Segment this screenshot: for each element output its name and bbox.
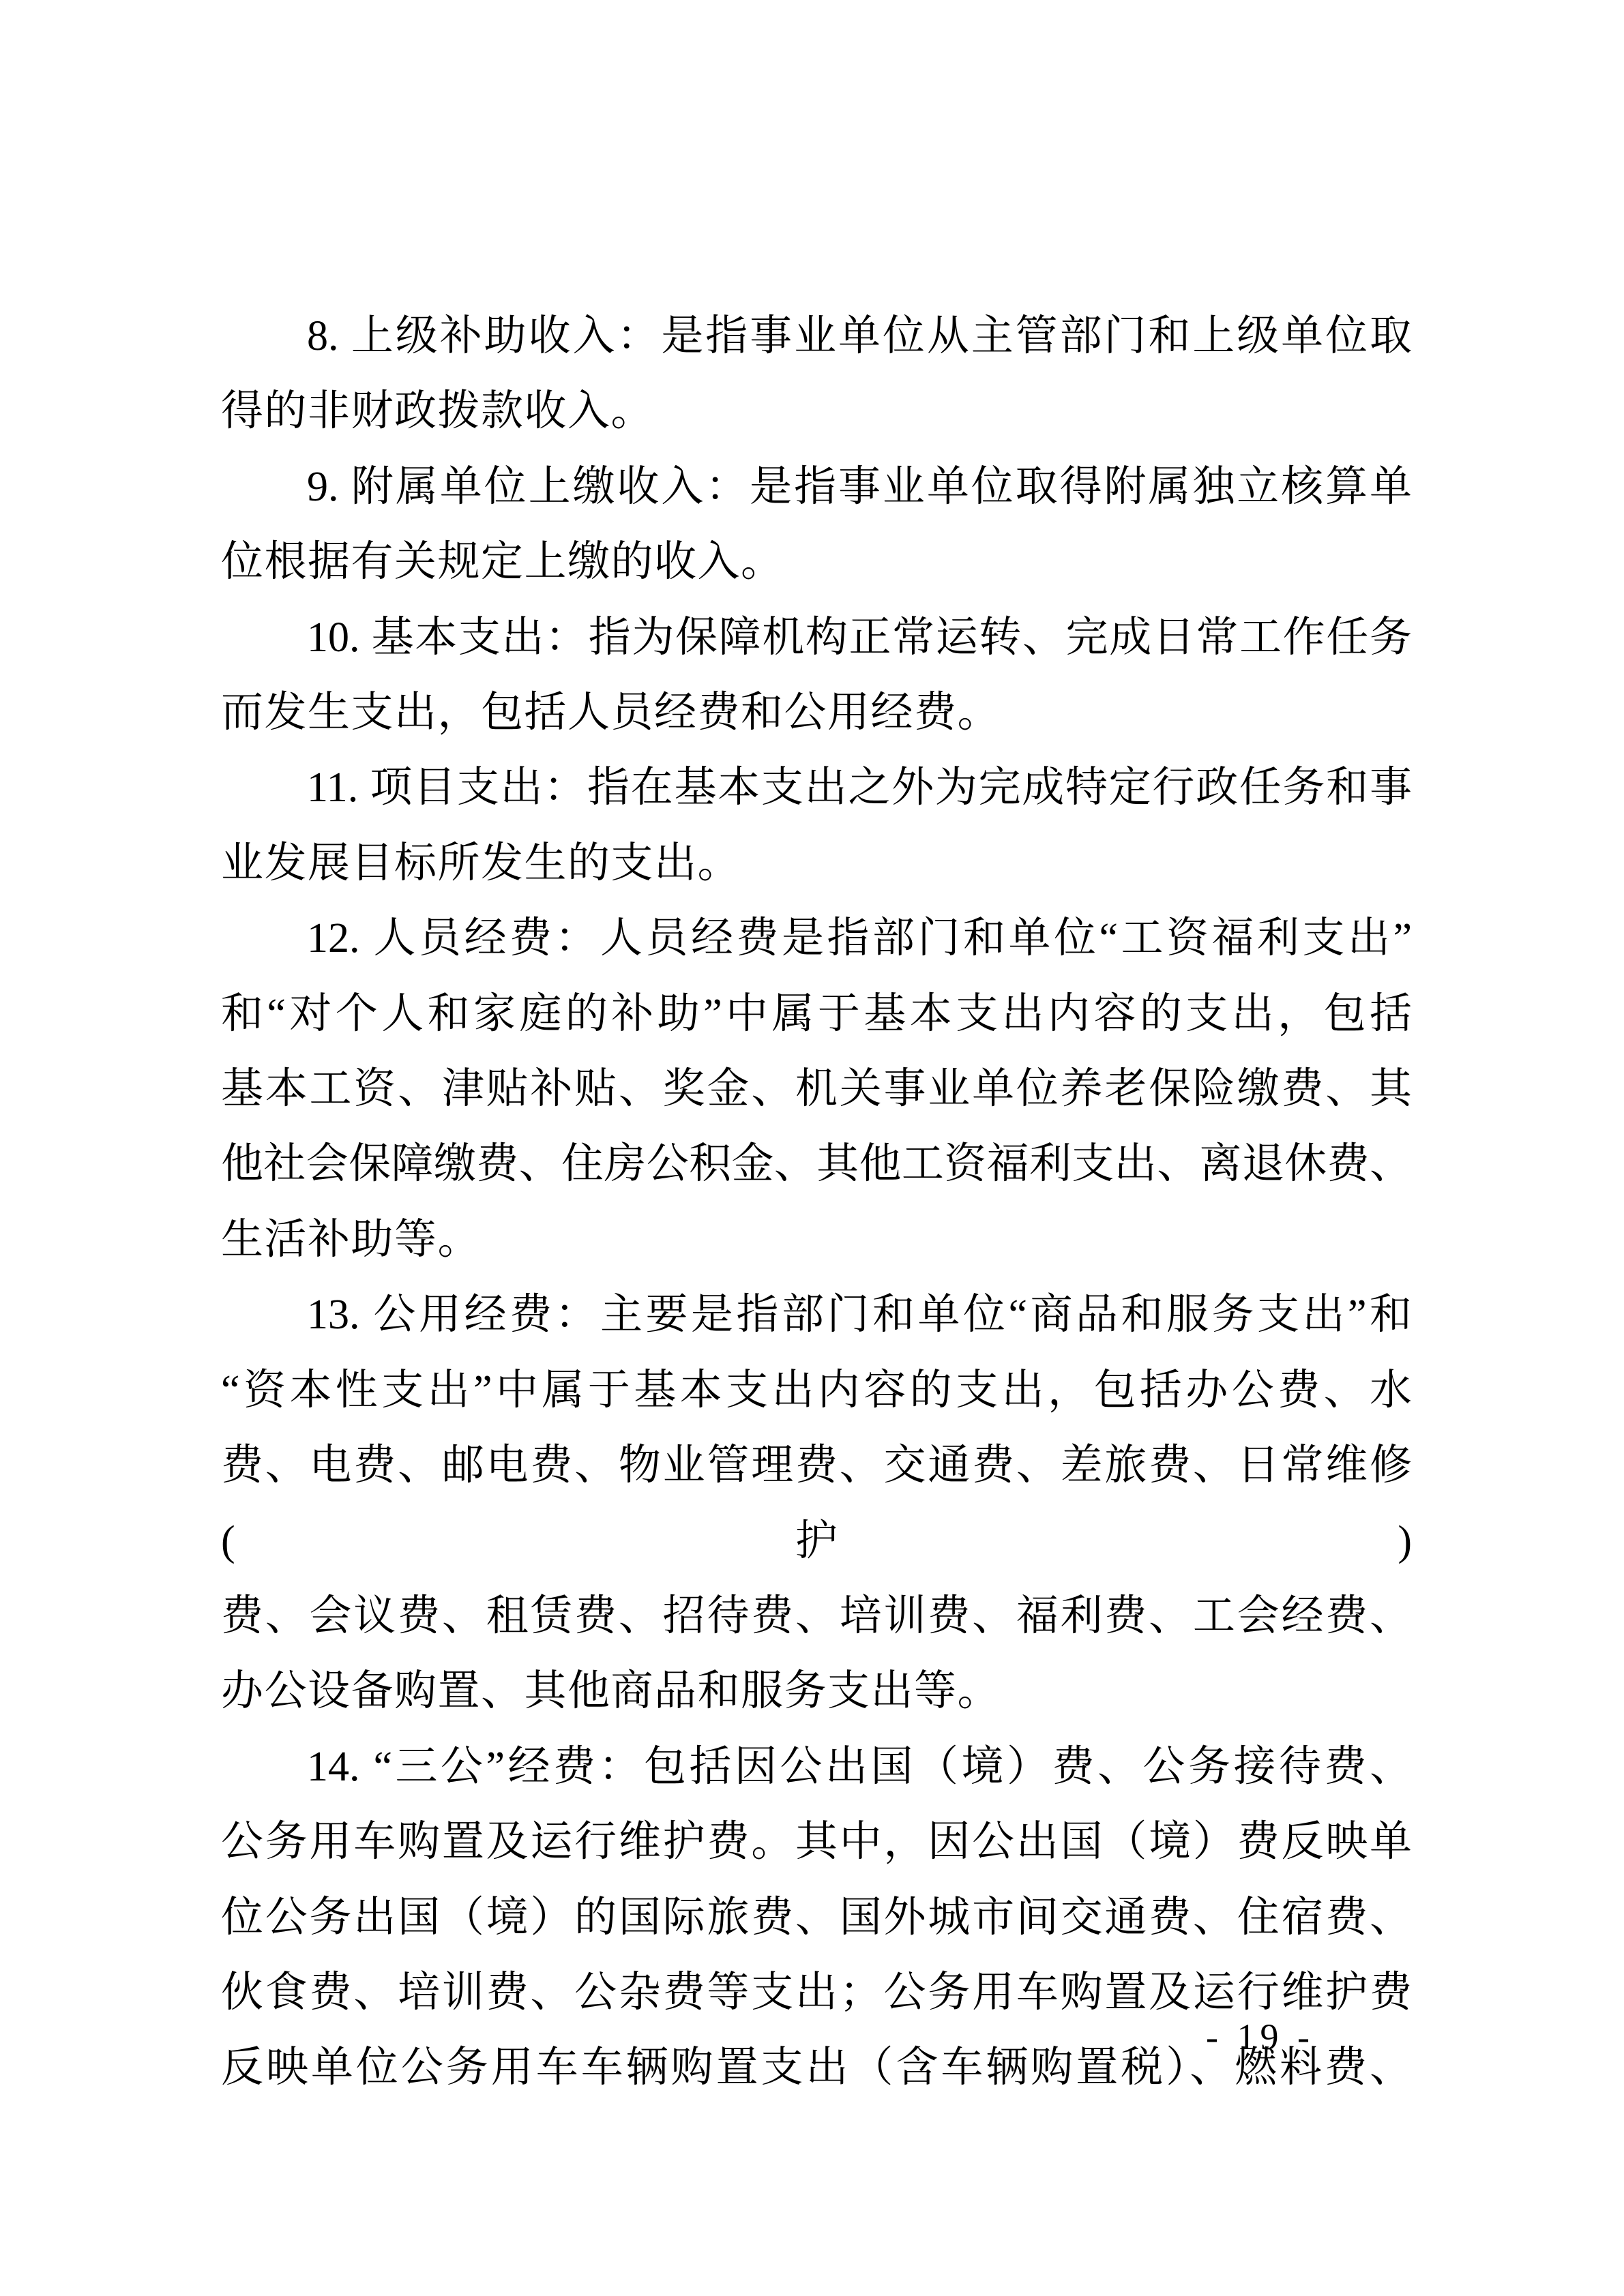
text-line: 12. 人员经费：人员经费是指部门和单位“工资福利支出” [221,901,1412,976]
text-line: 费、会议费、租赁费、招待费、培训费、福利费、工会经费、 [221,1579,1412,1654]
document-page: 8. 上级补助收入：是指事业单位从主管部门和上级单位取得的非财政拨款收入。9. … [0,0,1624,2296]
page-number: - 19 - [1206,2016,1314,2058]
text-line: 8. 上级补助收入：是指事业单位从主管部门和上级单位取 [221,299,1412,374]
text-line: 13. 公用经费：主要是指部门和单位“商品和服务支出”和 [221,1277,1412,1352]
text-line: 费、电费、邮电费、物业管理费、交通费、差旅费、日常维修(护) [221,1428,1412,1579]
text-line: 位公务出国（境）的国际旅费、国外城市间交通费、住宿费、 [221,1880,1412,1955]
text-line: 得的非财政拨款收入。 [221,374,1412,449]
text-line: 14. “三公”经费：包括因公出国（境）费、公务接待费、 [221,1729,1412,1804]
text-line: 生活补助等。 [221,1202,1412,1277]
text-line: 办公设备购置、其他商品和服务支出等。 [221,1654,1412,1729]
text-line: 业发展目标所发生的支出。 [221,826,1412,901]
text-line: 和“对个人和家庭的补助”中属于基本支出内容的支出，包括 [221,976,1412,1052]
text-line: 10. 基本支出：指为保障机构正常运转、完成日常工作任务 [221,600,1412,675]
text-line: 基本工资、津贴补贴、奖金、机关事业单位养老保险缴费、其 [221,1052,1412,1127]
text-line: 9. 附属单位上缴收入：是指事业单位取得附属独立核算单 [221,449,1412,524]
text-line: 公务用车购置及运行维护费。其中，因公出国（境）费反映单 [221,1804,1412,1879]
text-line: 而发生支出，包括人员经费和公用经费。 [221,675,1412,750]
text-line: 他社会保障缴费、住房公积金、其他工资福利支出、离退休费、 [221,1127,1412,1202]
text-line: “资本性支出”中属于基本支出内容的支出，包括办公费、水 [221,1353,1412,1428]
text-line: 11. 项目支出：指在基本支出之外为完成特定行政任务和事 [221,750,1412,825]
text-line: 位根据有关规定上缴的收入。 [221,524,1412,599]
body-text: 8. 上级补助收入：是指事业单位从主管部门和上级单位取得的非财政拨款收入。9. … [221,299,1412,2106]
